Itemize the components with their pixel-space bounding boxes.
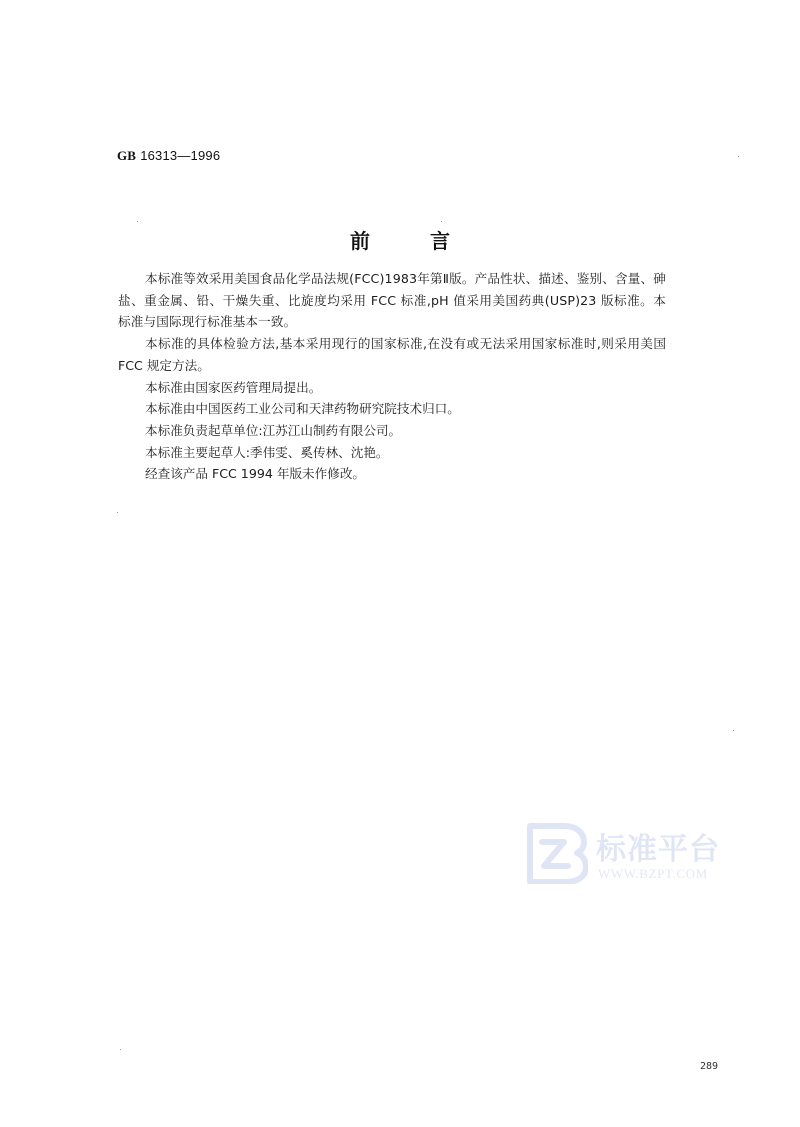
paragraph-adoption: 本标准等效采用美国食品化学品法规(FCC)1983年第Ⅱ版。产品性状、描述、鉴别…	[118, 268, 666, 333]
foreword-body: 本标准等效采用美国食品化学品法规(FCC)1983年第Ⅱ版。产品性状、描述、鉴别…	[118, 268, 666, 485]
watermark-title: 标准平台	[596, 824, 720, 868]
paragraph-revision-note: 经查该产品 FCC 1994 年版未作修改。	[118, 463, 666, 485]
scan-speck	[733, 730, 734, 731]
paragraph-proposed-by: 本标准由国家医药管理局提出。	[118, 377, 666, 399]
title-char-2: 言	[430, 229, 450, 253]
paragraph-centralized-by: 本标准由中国医药工业公司和天津药物研究院技术归口。	[118, 398, 666, 420]
watermark: 标准平台 WWW.BZPT.COM	[526, 822, 726, 884]
document-page: GB16313—1996 前言 本标准等效采用美国食品化学品法规(FCC)198…	[0, 0, 800, 1127]
scan-speck	[137, 221, 138, 222]
scan-speck	[441, 221, 442, 222]
scan-speck	[120, 1049, 121, 1050]
bzpt-logo-icon	[526, 822, 588, 884]
paragraph-drafting-unit: 本标准负责起草单位:江苏江山制药有限公司。	[118, 420, 666, 442]
standard-code: 16313—1996	[140, 148, 220, 163]
page-title: 前言	[0, 225, 800, 254]
watermark-url: WWW.BZPT.COM	[598, 866, 708, 882]
scan-speck	[117, 512, 118, 513]
page-number: 289	[700, 1061, 718, 1072]
paragraph-test-methods: 本标准的具体检验方法,基本采用现行的国家标准,在没有或无法采用国家标准时,则采用…	[118, 333, 666, 376]
scan-speck	[738, 156, 739, 157]
standard-prefix: GB	[117, 148, 136, 163]
standard-number: GB16313—1996	[117, 148, 220, 164]
paragraph-drafters: 本标准主要起草人:季伟雯、奚传林、沈艳。	[118, 442, 666, 464]
title-char-1: 前	[350, 229, 370, 253]
